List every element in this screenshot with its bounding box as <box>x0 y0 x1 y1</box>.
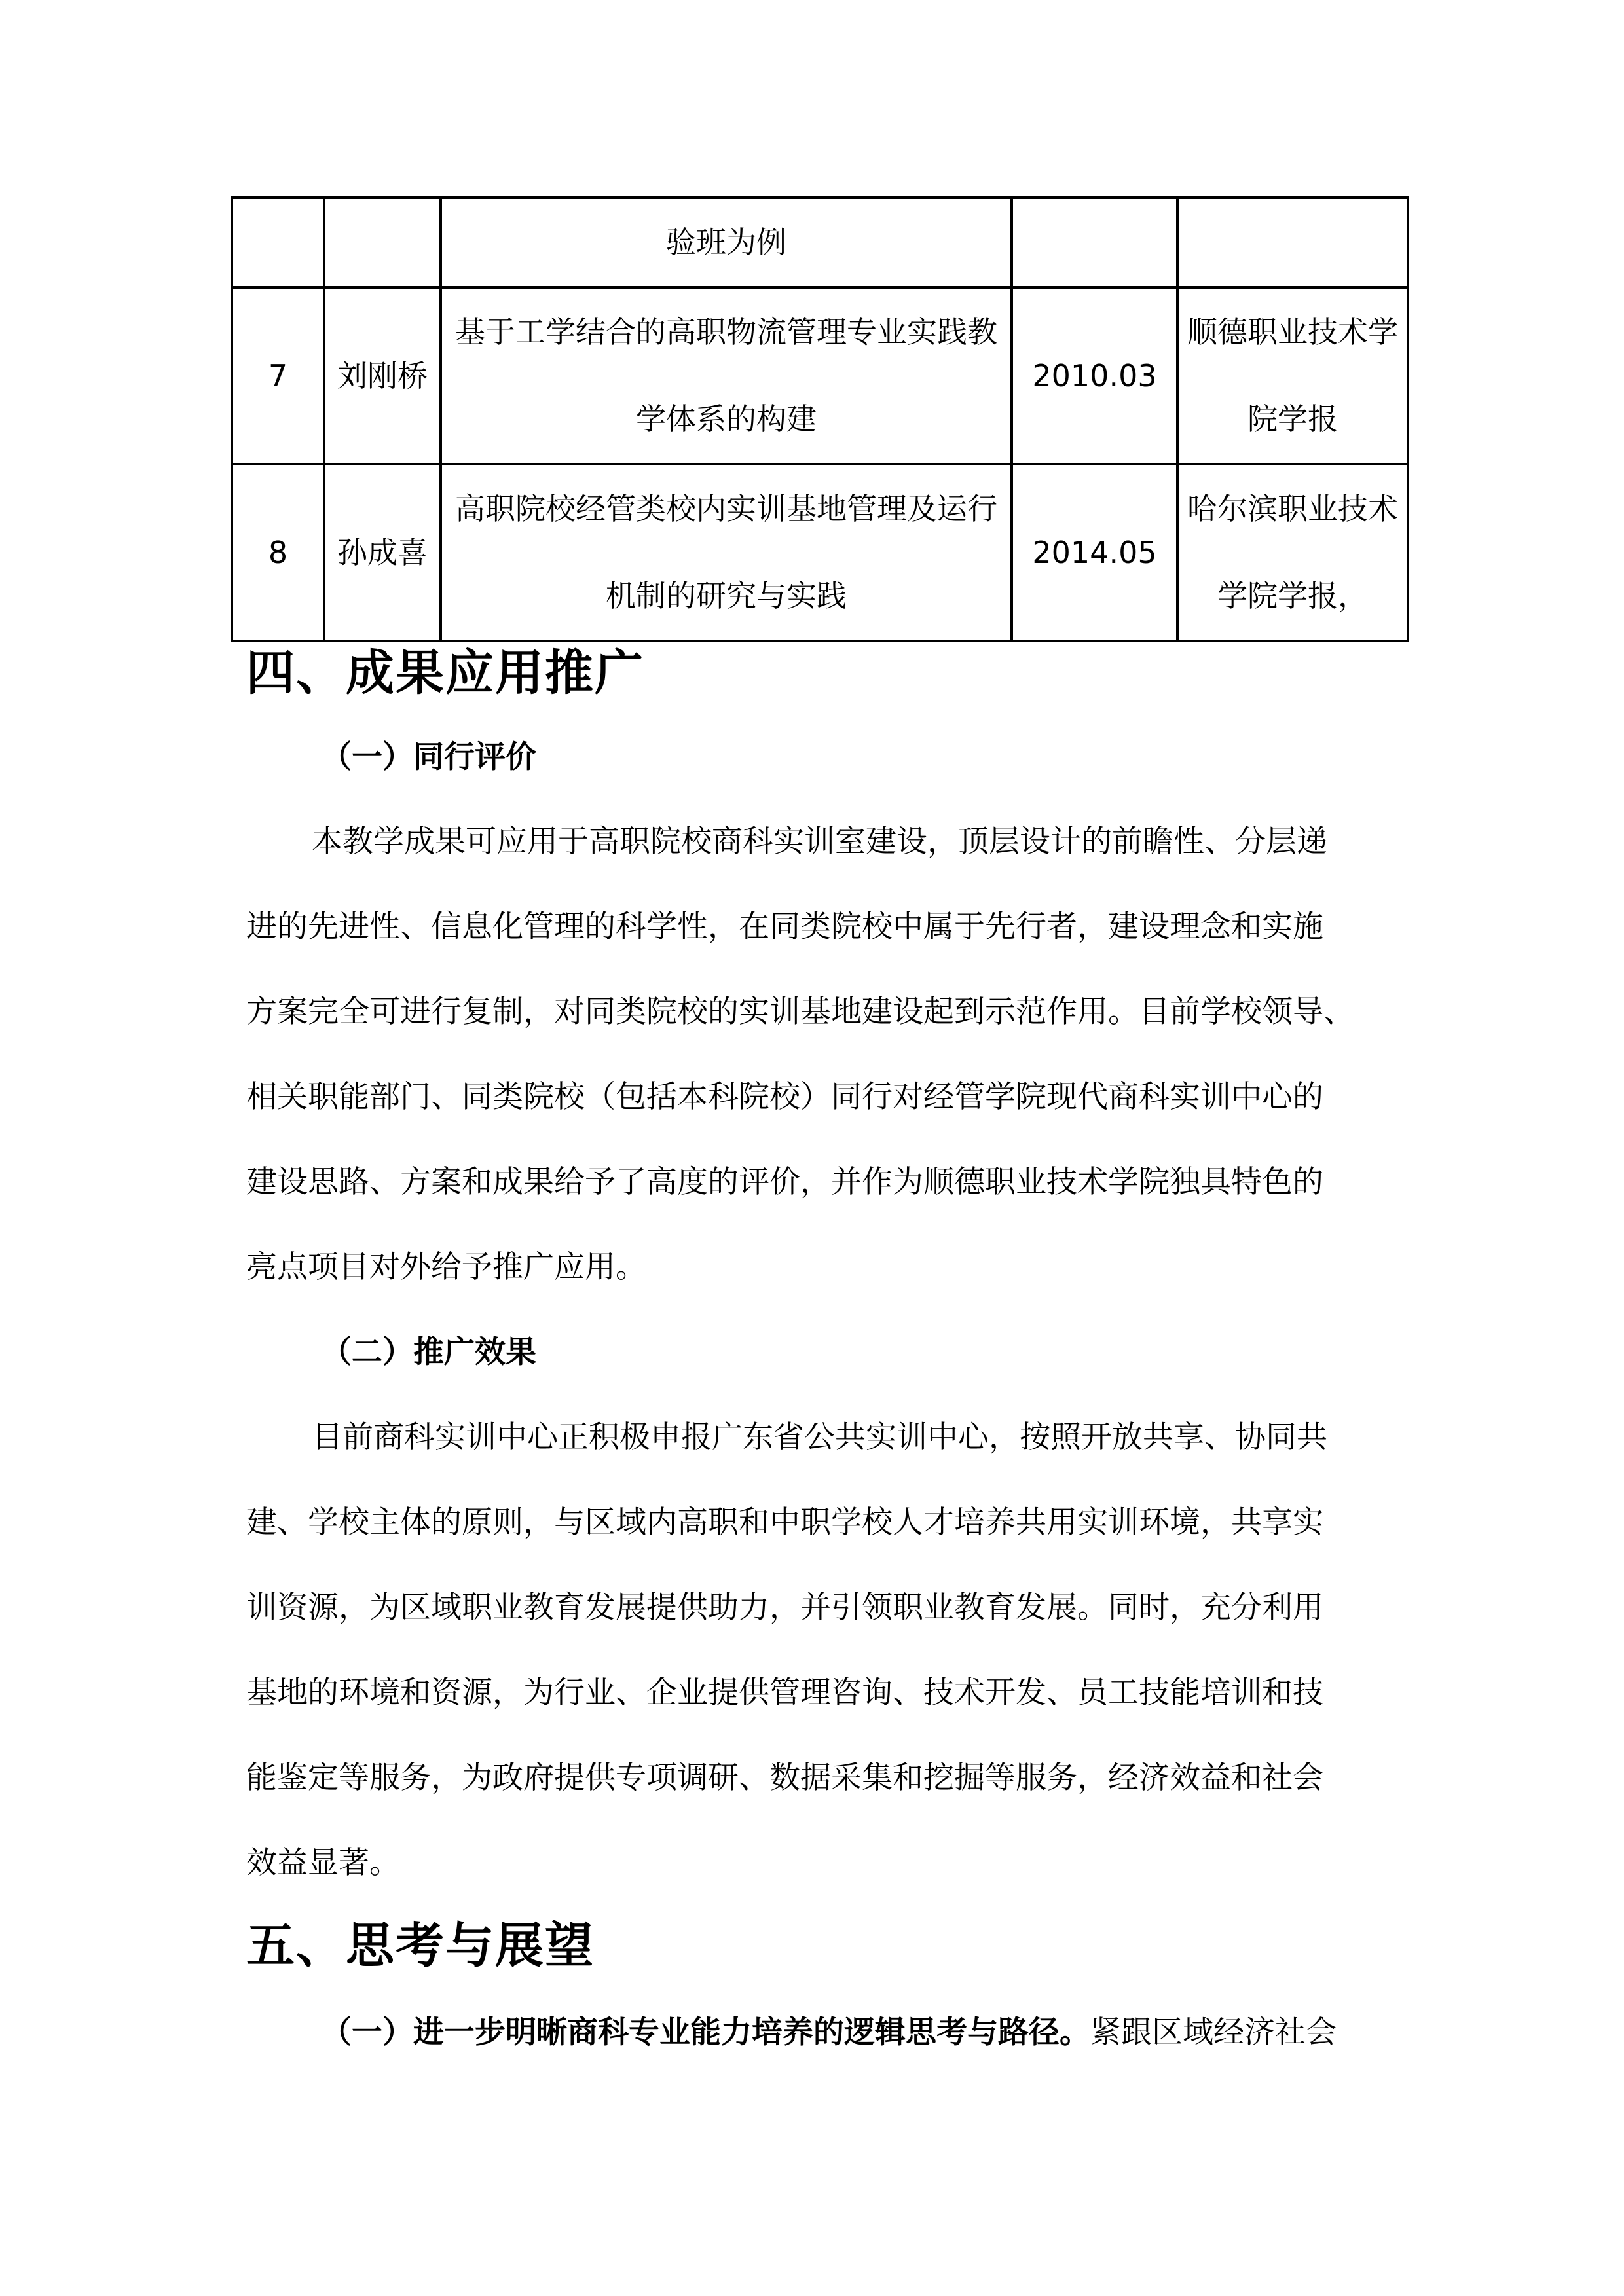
paragraph-line: 能鉴定等服务，为政府提供专项调研、数据采集和挖掘等服务，经济效益和社会 <box>246 1736 1407 1821</box>
paragraph-line: 建设思路、方案和成果给予了高度的评价，并作为顺德职业技术学院独具特色的 <box>246 1140 1407 1225</box>
document-page: 验班为例 7 刘刚桥 基于工学结合的高职物流管理专业实践教 学体系的构建 201… <box>0 0 1624 2296</box>
table-row: 8 孙成喜 高职院校经管类校内实训基地管理及运行 机制的研究与实践 2014.0… <box>232 464 1408 641</box>
subsection-heading-peer-review: （一）同行评价 <box>321 738 536 777</box>
paragraph-line: （一）进一步明晰商科专业能力培养的逻辑思考与路径。紧跟区域经济社会 <box>321 1990 1408 2075</box>
cell-author <box>324 198 441 287</box>
paragraph-reflection: （一）进一步明晰商科专业能力培养的逻辑思考与路径。紧跟区域经济社会 <box>321 1990 1408 2075</box>
section-heading-4: 四、成果应用推广 <box>246 644 644 702</box>
section-heading-5: 五、思考与展望 <box>246 1916 595 1975</box>
cell-author: 孙成喜 <box>324 464 441 641</box>
paragraph-line: 效益显著。 <box>246 1821 1407 1906</box>
cell-no <box>232 198 324 287</box>
cell-title-line: 基于工学结合的高职物流管理专业实践教 <box>455 289 997 376</box>
paragraph-line: 本教学成果可应用于高职院校商科实训室建设，顶层设计的前瞻性、分层递 <box>246 799 1407 884</box>
paragraph-promotion-effect: 目前商科实训中心正积极申报广东省公共实训中心，按照开放共享、协同共 建、学校主体… <box>246 1395 1407 1906</box>
cell-journal-line: 顺德职业技术学 <box>1187 289 1398 376</box>
cell-journal-line: 学院学报， <box>1217 553 1368 640</box>
paragraph-peer-review: 本教学成果可应用于高职院校商科实训室建设，顶层设计的前瞻性、分层递 进的先进性、… <box>246 799 1407 1310</box>
cell-date <box>1012 198 1177 287</box>
cell-journal-line: 哈尔滨职业技术 <box>1187 465 1398 553</box>
cell-title-line: 机制的研究与实践 <box>606 553 847 640</box>
paragraph-line: 进的先进性、信息化管理的科学性，在同类院校中属于先行者，建设理念和实施 <box>246 884 1407 970</box>
papers-table: 验班为例 7 刘刚桥 基于工学结合的高职物流管理专业实践教 学体系的构建 201… <box>231 196 1409 642</box>
paragraph-line: 亮点项目对外给予推广应用。 <box>246 1225 1407 1310</box>
table-row: 7 刘刚桥 基于工学结合的高职物流管理专业实践教 学体系的构建 2010.03 … <box>232 287 1408 464</box>
cell-title: 基于工学结合的高职物流管理专业实践教 学体系的构建 <box>441 287 1012 464</box>
cell-no: 7 <box>232 287 324 464</box>
paragraph-line: 训资源，为区域职业教育发展提供助力，并引领职业教育发展。同时，充分利用 <box>246 1565 1407 1650</box>
table-row: 验班为例 <box>232 198 1408 287</box>
paragraph-bold-lead: （一）进一步明晰商科专业能力培养的逻辑思考与路径。 <box>321 2014 1090 2050</box>
cell-journal: 顺德职业技术学 院学报 <box>1177 287 1408 464</box>
paragraph-text: 紧跟区域经济社会 <box>1090 2014 1337 2050</box>
cell-journal <box>1177 198 1408 287</box>
paragraph-line: 相关职能部门、同类院校（包括本科院校）同行对经管学院现代商科实训中心的 <box>246 1055 1407 1140</box>
cell-no: 8 <box>232 464 324 641</box>
paragraph-line: 基地的环境和资源，为行业、企业提供管理咨询、技术开发、员工技能培训和技 <box>246 1650 1407 1736</box>
cell-title-line: 验班为例 <box>666 199 786 286</box>
paragraph-line: 方案完全可进行复制，对同类院校的实训基地建设起到示范作用。目前学校领导、 <box>246 970 1407 1055</box>
cell-date: 2014.05 <box>1012 464 1177 641</box>
cell-journal: 哈尔滨职业技术 学院学报， <box>1177 464 1408 641</box>
paragraph-line: 建、学校主体的原则，与区域内高职和中职学校人才培养共用实训环境，共享实 <box>246 1480 1407 1565</box>
cell-date: 2010.03 <box>1012 287 1177 464</box>
cell-author: 刘刚桥 <box>324 287 441 464</box>
cell-title: 高职院校经管类校内实训基地管理及运行 机制的研究与实践 <box>441 464 1012 641</box>
cell-title: 验班为例 <box>441 198 1012 287</box>
subsection-heading-promotion-effect: （二）推广效果 <box>321 1333 536 1372</box>
cell-title-line: 高职院校经管类校内实训基地管理及运行 <box>455 465 997 553</box>
paragraph-line: 目前商科实训中心正积极申报广东省公共实训中心，按照开放共享、协同共 <box>246 1395 1407 1480</box>
cell-title-line: 学体系的构建 <box>636 376 817 463</box>
cell-journal-line: 院学报 <box>1247 376 1338 463</box>
